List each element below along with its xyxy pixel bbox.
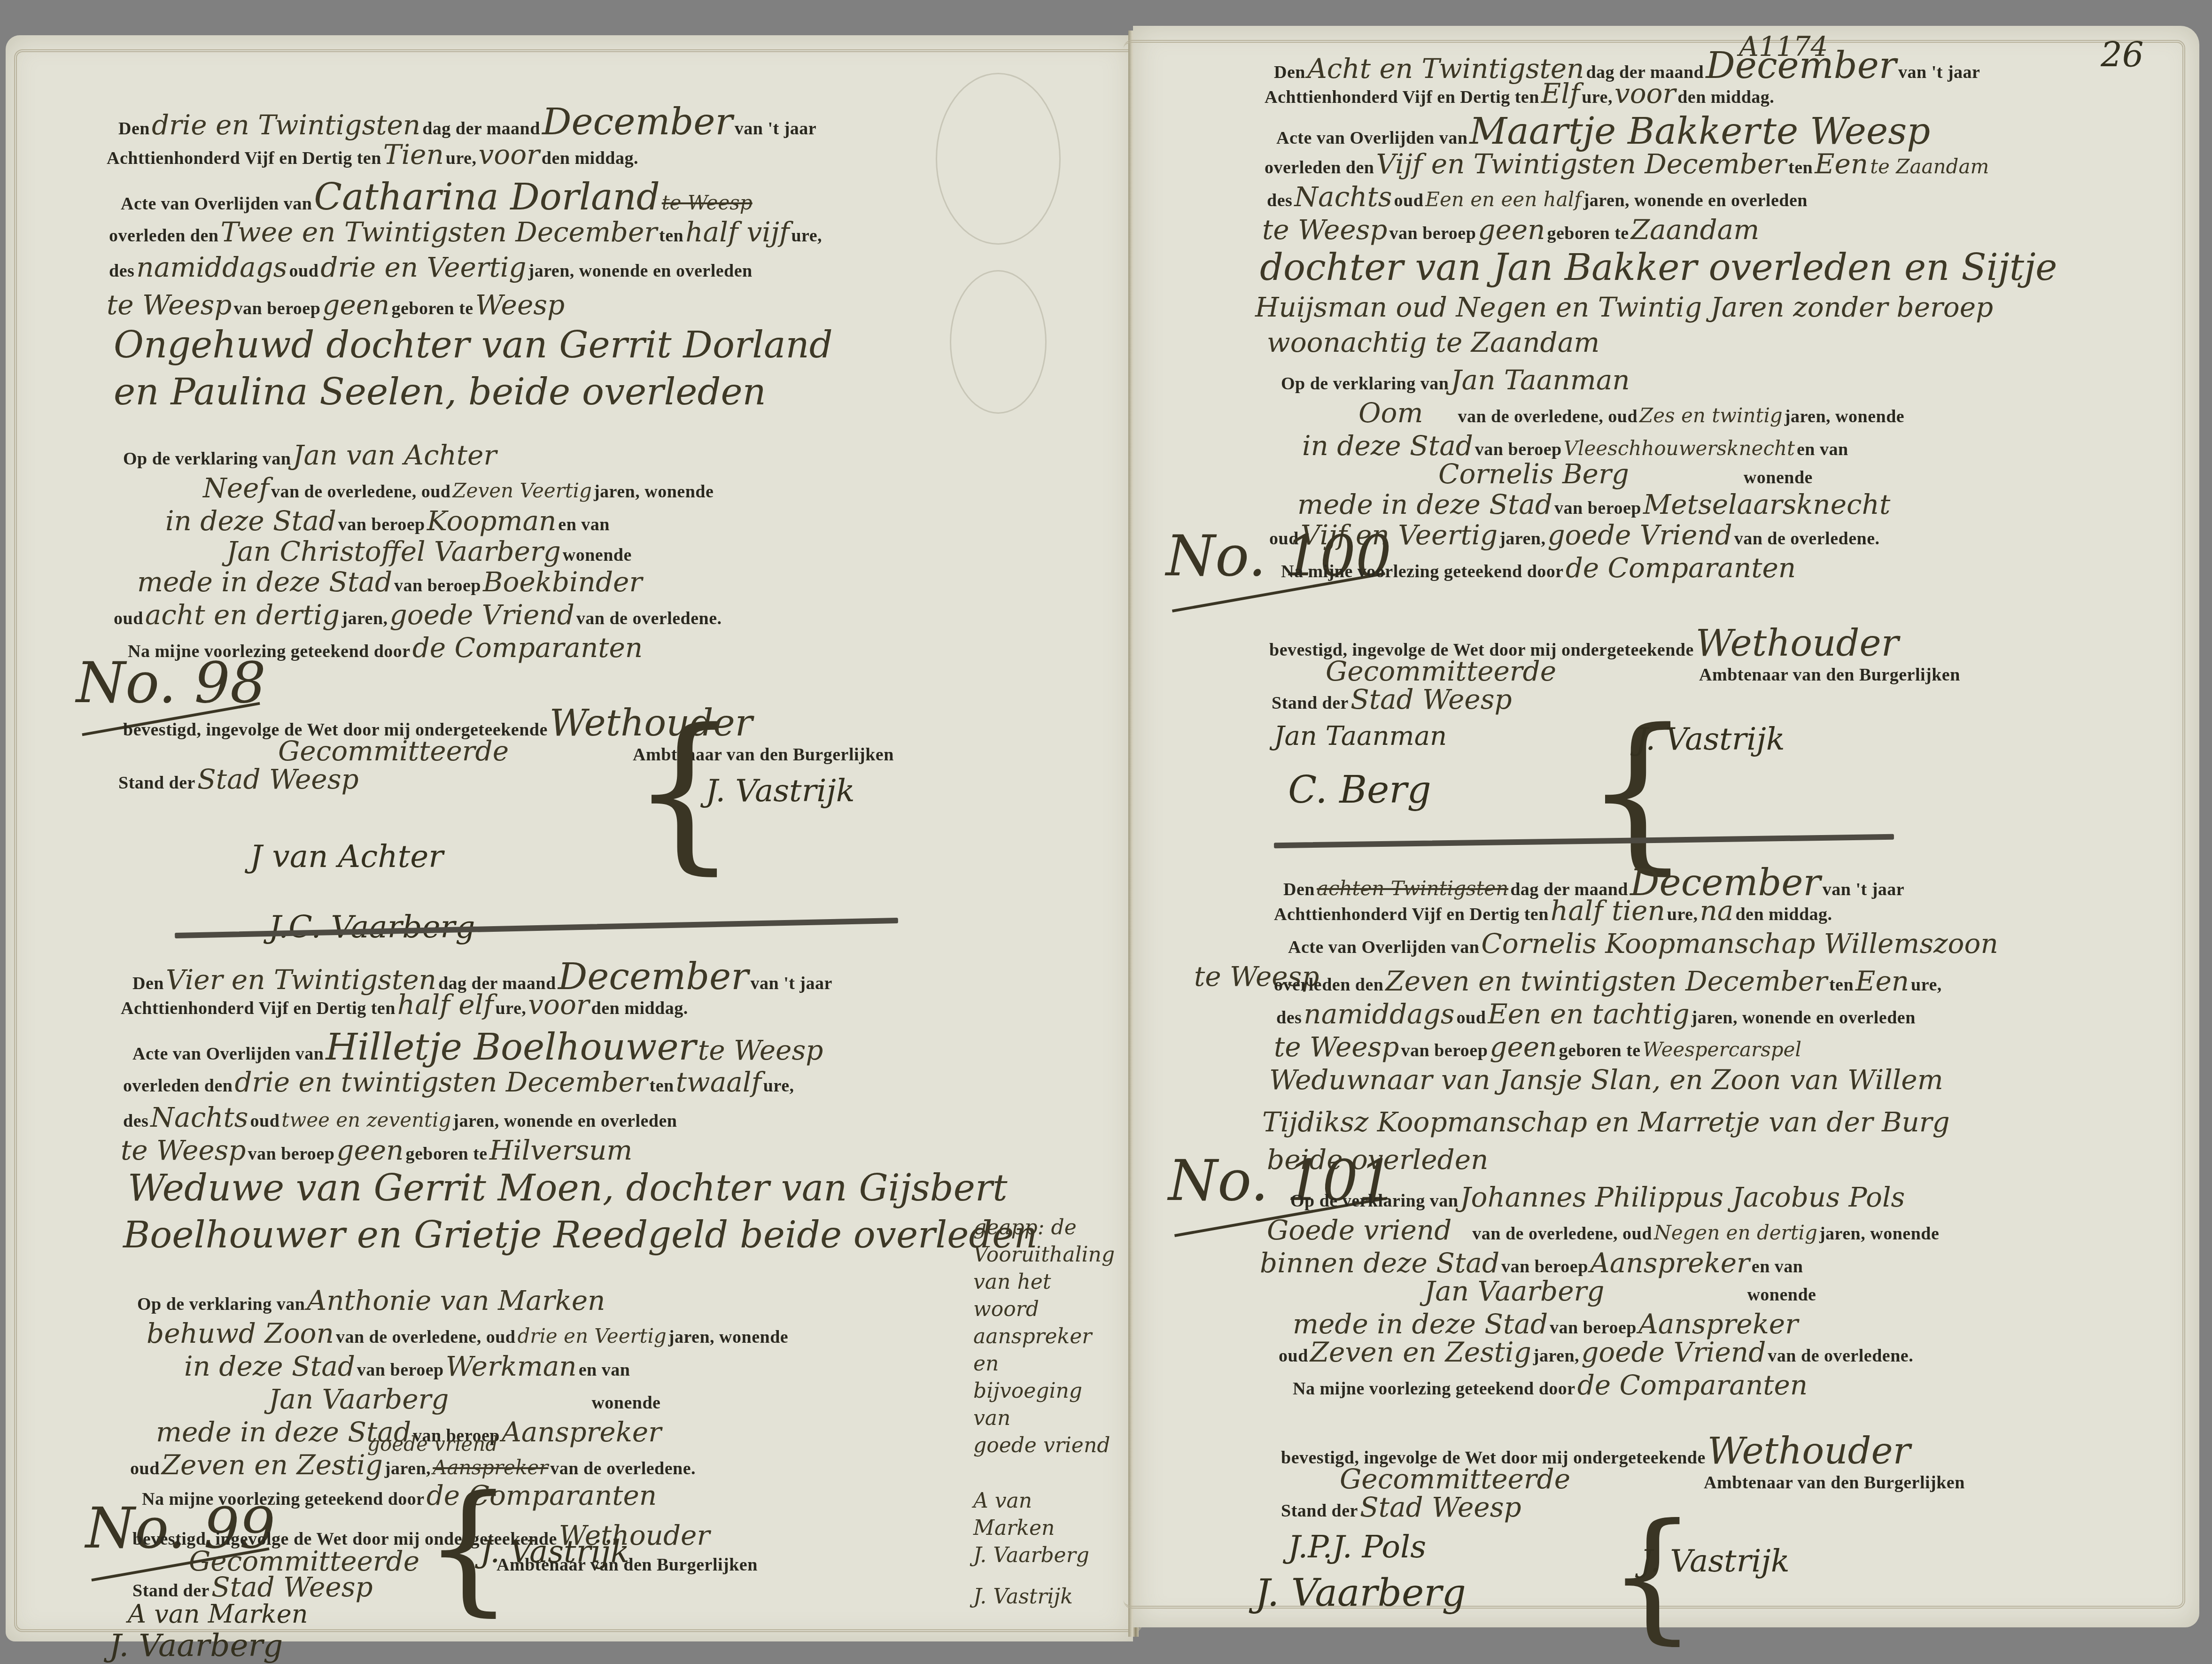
label-wonende: wonende	[1744, 468, 1813, 488]
label-geboren-te: geboren te	[391, 299, 473, 318]
hour-value: Tien	[383, 139, 444, 170]
label-ure: ure,	[791, 226, 822, 246]
label-ambtenaar: Ambtenaar van den Burgerlijken	[1704, 1473, 1965, 1493]
label-oud: oud	[1279, 1346, 1308, 1366]
witness1-relation: behuwd Zoon	[147, 1317, 334, 1349]
embossed-stamp	[936, 73, 1061, 245]
label-ure: ure,	[496, 998, 527, 1018]
label-van-beroep: van beroep	[234, 299, 321, 318]
margin-note-line: geapp: de	[973, 1214, 1115, 1241]
witness2-occupation: Metselaarsknecht	[1643, 488, 1890, 520]
residence-value: te Weesp	[1274, 1031, 1399, 1063]
label-oud: oud	[130, 1459, 160, 1478]
label-oud: oud	[289, 261, 319, 281]
label-jaren-wonende: jaren, wonende	[668, 1327, 788, 1347]
label-wonende: wonende	[1747, 1285, 1816, 1305]
relation-line: Huijsman oud Negen en Twintig Jaren zond…	[1255, 291, 1993, 323]
witness2-residence: mede in deze Stad	[1297, 488, 1552, 520]
hour-value: half elf	[397, 989, 494, 1021]
label-jaren-wonende: jaren, wonende en overleden	[528, 261, 753, 281]
label-op-de-verklaring: Op de verklaring van	[137, 1294, 305, 1314]
label-en-van: en van	[1797, 440, 1848, 459]
official-role: Gecommitteerde	[1340, 1463, 1570, 1495]
witness2-signature: J. Vaarberg	[109, 1627, 283, 1664]
label-van-t-jaar: van 't jaar	[735, 119, 816, 139]
label-van-beroep: van beroep	[357, 1360, 444, 1380]
label-des: des	[109, 261, 134, 281]
label-den-middag: den middag.	[542, 148, 638, 168]
label-ure: ure,	[1667, 905, 1698, 924]
signed-by: de Comparanten	[1577, 1369, 1808, 1401]
part-of-day: Nachts	[1294, 181, 1392, 213]
label-van-de-overledene: van de overledene.	[1734, 529, 1880, 549]
death-hour: Een	[1855, 965, 1909, 997]
label-wonende: wonende	[563, 545, 632, 565]
witness1-signature: J.P.J. Pols	[1288, 1529, 1426, 1565]
label-op-de-verklaring: Op de verklaring van	[123, 449, 291, 469]
label-van-de-overledene: van de overledene.	[576, 609, 722, 628]
relation-line: Weduwe van Gerrit Moen, dochter van Gijs…	[128, 1167, 1008, 1209]
witness2-name: Jan Vaarberg	[269, 1383, 449, 1415]
label-jaren-wonende: jaren, wonende en overleden	[453, 1111, 677, 1131]
relation-line: Boelhouwer en Grietje Reedgeld beide ove…	[123, 1214, 1038, 1256]
witness1-occupation: Werkman	[446, 1350, 577, 1382]
label-des: des	[1267, 191, 1292, 210]
label-van-de-overledene-oud: van de overledene, oud	[1472, 1224, 1652, 1244]
label-van-de-overledene-oud: van de overledene, oud	[336, 1327, 516, 1347]
label-van-beroep: van beroep	[1550, 1318, 1637, 1338]
relation-line: woonachtig te Zaandam	[1267, 326, 1599, 358]
label-stand-der: Stand der	[132, 1581, 210, 1601]
relation-line: en Paulina Seelen, beide overleden	[114, 371, 766, 413]
margin-note: geapp: de Vooruithaling van het woord aa…	[973, 1214, 1115, 1610]
relation-line: dochter van Jan Bakker overleden en Sijt…	[1260, 247, 2057, 289]
witness1-residence: binnen deze Stad	[1260, 1247, 1499, 1279]
label-year: Achttienhonderd Vijf en Dertig ten	[121, 998, 396, 1018]
label-ten: ten	[1788, 158, 1813, 178]
label-ambtenaar: Ambtenaar van den Burgerlijken	[1699, 665, 1960, 685]
witness2-age: Zeven en Zestig	[162, 1449, 383, 1481]
witness1-occupation: Koopman	[427, 505, 557, 537]
witness1-relation: Oom	[1358, 397, 1423, 429]
margin-note-line: van het woord	[973, 1269, 1115, 1323]
label-overleden-den: overleden den	[123, 1076, 233, 1096]
label-geboren-te: geboren te	[1559, 1041, 1640, 1060]
birthplace-value: Weespercarspel	[1643, 1038, 1801, 1061]
witness1-signature: J van Achter	[250, 838, 443, 875]
label-des: des	[123, 1111, 148, 1131]
label-jaren-wonende: jaren, wonende	[594, 482, 714, 502]
witness1-name: Johannes Philippus Jacobus Pols	[1460, 1181, 1905, 1213]
label-ure: ure,	[1582, 87, 1613, 107]
ampm-value: voor	[478, 139, 539, 170]
label-stand-der: Stand der	[118, 773, 195, 793]
label-ure: ure,	[1911, 975, 1942, 995]
official-signature: J. Vastrijk	[480, 1533, 629, 1570]
occupation-value: geen	[336, 1134, 404, 1166]
witness2-name: Cornelis Berg	[1438, 458, 1629, 490]
witness2-occupation: Aanspreker	[1638, 1308, 1798, 1340]
label-dag-der-maand: dag der maand	[422, 119, 540, 139]
death-place-note: te Zaandam	[1870, 155, 1989, 178]
label-acte: Acte van Overlijden van	[132, 1044, 324, 1064]
official-role: Gecommitteerde	[1326, 655, 1556, 687]
witness2-relation: goede Vriend	[1581, 1336, 1766, 1368]
margin-note-line: bijvoeging van	[973, 1378, 1115, 1432]
death-hour: half vijf	[685, 216, 789, 248]
residence-value: te Weesp	[107, 289, 232, 321]
relation-line: Ongehuwd dochter van Gerrit Dorland	[114, 324, 833, 366]
witness1-residence: in deze Stad	[184, 1350, 355, 1382]
label-overleden-den: overleden den	[1265, 158, 1374, 178]
label-den-middag: den middag.	[1677, 87, 1774, 107]
label-van-beroep: van beroep	[1554, 498, 1641, 518]
age-value: Een en een half	[1425, 188, 1581, 211]
label-en-van: en van	[1752, 1257, 1803, 1277]
death-hour: Een	[1815, 148, 1868, 180]
witness2-residence: mede in deze Stad	[137, 566, 392, 598]
witness1-residence: in deze Stad	[165, 505, 336, 537]
official-role: Gecommitteerde	[278, 735, 509, 767]
label-ten: ten	[659, 226, 683, 246]
label-van-de-overledene: van de overledene.	[1768, 1346, 1913, 1366]
stand-value: Stad Weesp	[211, 1571, 373, 1603]
register-book: Den drie en Twintigsten dag der maand De…	[6, 26, 2204, 1641]
margin-signature: J. Vaarberg	[973, 1542, 1115, 1569]
official-signature: J. Vastrijk	[1640, 1543, 1790, 1579]
label-oud: oud	[250, 1111, 280, 1131]
label-jaren-wonende: jaren, wonende en overleden	[1692, 1008, 1916, 1028]
deceased-name: Maartje Bakker	[1469, 110, 1760, 153]
part-of-day: Nachts	[150, 1101, 248, 1133]
label-den-middag: den middag.	[1735, 905, 1832, 924]
witness1-residence: in deze Stad	[1302, 430, 1473, 462]
death-date: Vijf en Twintigsten December	[1376, 148, 1786, 180]
left-page: Den drie en Twintigsten dag der maand De…	[6, 35, 1133, 1641]
age-value: drie en Veertig	[320, 251, 526, 283]
label-stand-der: Stand der	[1272, 693, 1349, 713]
label-year: Achttienhonderd Vijf en Dertig ten	[1265, 87, 1539, 107]
witness1-name: Jan van Achter	[293, 439, 497, 471]
label-ten: ten	[1829, 975, 1854, 995]
occupation-value: geen	[322, 289, 389, 321]
right-page: 26 A1174 Den Acht en Twintigsten dag der…	[1133, 26, 2199, 1627]
witness2-name: Jan Vaarberg	[1424, 1275, 1604, 1307]
hour-value: Elf	[1541, 77, 1580, 109]
label-jaren: jaren,	[1533, 1346, 1579, 1366]
label-op-de-verklaring: Op de verklaring van	[1281, 374, 1449, 394]
witness2-name: Jan Christoffel Vaarberg	[226, 535, 561, 567]
label-van-beroep: van beroep	[1389, 224, 1476, 243]
deceased-name: Catharina Dorland	[314, 176, 660, 218]
page-number: 26	[2101, 35, 2144, 75]
witness1-relation: Neef	[203, 472, 269, 504]
part-of-day: namiddags	[1304, 998, 1454, 1030]
label-geboren-te: geboren te	[1547, 224, 1629, 243]
witness2-age: acht en dertig	[145, 599, 340, 631]
label-stand-der: Stand der	[1281, 1501, 1358, 1521]
label-van-beroep: van beroep	[248, 1144, 335, 1164]
label-den-middag: den middag.	[591, 998, 688, 1018]
deceased-suffix: te Weesp	[698, 1034, 823, 1066]
stand-value: Stad Weesp	[1350, 683, 1512, 715]
label-van-t-jaar: van 't jaar	[1898, 62, 1980, 82]
signed-by: de Comparanten	[1566, 552, 1796, 584]
label-jaren-wonende: jaren, wonende	[1785, 407, 1904, 426]
label-oud: oud	[1457, 1008, 1486, 1028]
witness2-relation: goede vriend	[367, 1432, 498, 1455]
label-year: Achttienhonderd Vijf en Dertig ten	[107, 148, 381, 168]
deceased-name: Cornelis Koopmanschap Willemszoon	[1481, 928, 1998, 960]
label-ure: ure,	[763, 1076, 794, 1096]
witness2-relation: goede Vriend	[390, 599, 574, 631]
label-jaren-wonende: jaren, wonende	[1819, 1224, 1939, 1244]
witness2-relation: goede Vriend	[1547, 519, 1732, 551]
label-oud: oud	[114, 609, 143, 628]
label-van-beroep: van beroep	[338, 515, 425, 534]
label-van-beroep: van beroep	[1475, 440, 1562, 459]
label-des: des	[1276, 1008, 1302, 1028]
death-date: Zeven en twintigsten December	[1385, 965, 1827, 997]
witness2-occupation: Boekbinder	[483, 566, 642, 598]
ampm-value: na	[1700, 895, 1733, 927]
death-date: drie en twintigsten December	[234, 1066, 647, 1098]
witness1-age: Negen en dertig	[1654, 1221, 1817, 1244]
label-overleden-den: overleden den	[1274, 975, 1383, 995]
label-geboren-te: geboren te	[405, 1144, 487, 1164]
witness1-relation: Goede vriend	[1267, 1214, 1451, 1246]
death-date: Twee en Twintigsten December	[220, 216, 657, 248]
label-ure: ure,	[446, 148, 477, 168]
label-van-t-jaar: van 't jaar	[1823, 880, 1904, 899]
witness2-residence: mede in deze Stad	[1293, 1308, 1548, 1340]
residence-value: te Weesp	[1262, 214, 1388, 246]
death-hour: twaalf	[676, 1066, 761, 1098]
official-signature: J. Vastrijk	[1636, 721, 1785, 757]
month-value: December	[542, 101, 733, 143]
day-value: drie en Twintigsten	[152, 109, 420, 141]
witness1-name: Anthonie van Marken	[307, 1285, 605, 1316]
ampm-value: voor	[1614, 77, 1676, 109]
deceased-name: Hilletje Boelhouwer	[326, 1026, 696, 1068]
official-signature: J. Vastrijk	[706, 773, 855, 809]
label-jaren: jaren,	[1499, 529, 1545, 549]
label-overleden-den: overleden den	[109, 226, 218, 246]
witness2-signature: J. Vaarberg	[1255, 1571, 1466, 1615]
relation-line: Tijdiksz Koopmanschap en Marretje van de…	[1262, 1106, 1950, 1138]
label-wonende: wonende	[591, 1393, 660, 1413]
label-acte: Acte van Overlijden van	[1288, 937, 1479, 957]
birthplace-value: Hilversum	[489, 1134, 633, 1166]
embossed-stamp	[950, 270, 1047, 414]
deceased-suffix: te Weesp	[662, 191, 753, 214]
label-year: Achttienhonderd Vijf en Dertig ten	[1274, 905, 1549, 924]
label-van-t-jaar: van 't jaar	[751, 974, 832, 993]
deceased-suffix: te Weesp	[1762, 110, 1930, 153]
label-van-beroep: van beroep	[1401, 1041, 1488, 1060]
witness1-age: drie en Veertig	[517, 1324, 666, 1347]
label-ten: ten	[650, 1076, 674, 1096]
witness1-occupation: Vleeschhouwersknecht	[1564, 437, 1795, 460]
label-van-de-overledene: van de overledene.	[550, 1459, 696, 1478]
label-van-de-overledene-oud: van de overledene, oud	[271, 482, 451, 502]
label-op-de-verklaring: Op de verklaring van	[1290, 1191, 1458, 1211]
label-van-beroep: van beroep	[394, 576, 481, 596]
birthplace-value: Weesp	[475, 289, 565, 321]
witness1-occupation: Aanspreker	[1590, 1247, 1750, 1279]
witness2-age: Zeven en Zestig	[1310, 1336, 1531, 1368]
label-van-beroep: van beroep	[1501, 1257, 1588, 1277]
witness1-age: Zes en twintig	[1639, 404, 1783, 427]
label-den: Den	[118, 119, 150, 139]
occupation-value: geen	[1490, 1031, 1557, 1063]
label-en-van: en van	[579, 1360, 630, 1380]
stand-value: Stad Weesp	[1360, 1491, 1521, 1523]
stand-value: Stad Weesp	[197, 763, 359, 795]
witness1-name: Jan Taanman	[1451, 364, 1630, 396]
label-oud: oud	[1394, 191, 1424, 210]
ampm-value: voor	[528, 989, 589, 1021]
margin-signature: J. Vastrijk	[973, 1583, 1115, 1610]
label-jaren-wonende: jaren, wonende en overleden	[1583, 191, 1808, 210]
age-value: twee en zeventig	[281, 1108, 451, 1131]
witness2-occupation: Aanspreker	[502, 1416, 661, 1448]
label-acte: Acte van Overlijden van	[1276, 128, 1467, 148]
margin-note-line: goede vriend	[973, 1432, 1115, 1459]
witness1-signature: Jan Taanman	[1274, 721, 1447, 751]
signed-by: de Comparanten	[412, 632, 643, 664]
residence-value: te Weesp	[121, 1134, 246, 1166]
label-na-mijne-voorlezing: Na mijne voorlezing geteekend door	[1281, 562, 1564, 581]
birthplace-value: Zaandam	[1631, 214, 1760, 246]
margin-note-line: aanspreker en	[973, 1323, 1115, 1378]
witness1-signature: A van Marken	[128, 1599, 308, 1629]
label-van-de-overledene-oud: van de overledene, oud	[1458, 407, 1638, 426]
label-en-van: en van	[558, 515, 610, 534]
age-value: Een en tachtig	[1488, 998, 1689, 1030]
witness1-age: Zeven Veertig	[452, 479, 591, 502]
label-acte: Acte van Overlijden van	[121, 194, 312, 214]
relation-line: Weduwnaar van Jansje Slan, en Zoon van W…	[1269, 1064, 1943, 1096]
hour-value: half tien	[1551, 895, 1665, 927]
margin-note-line: Vooruithaling	[973, 1241, 1115, 1269]
part-of-day: namiddags	[136, 251, 287, 283]
label-na-mijne-voorlezing: Na mijne voorlezing geteekend door	[1293, 1379, 1576, 1399]
margin-signature: A van Marken	[973, 1487, 1115, 1542]
witness2-signature: C. Berg	[1288, 768, 1431, 812]
occupation-value: geen	[1478, 214, 1545, 246]
label-jaren: jaren,	[342, 609, 388, 628]
